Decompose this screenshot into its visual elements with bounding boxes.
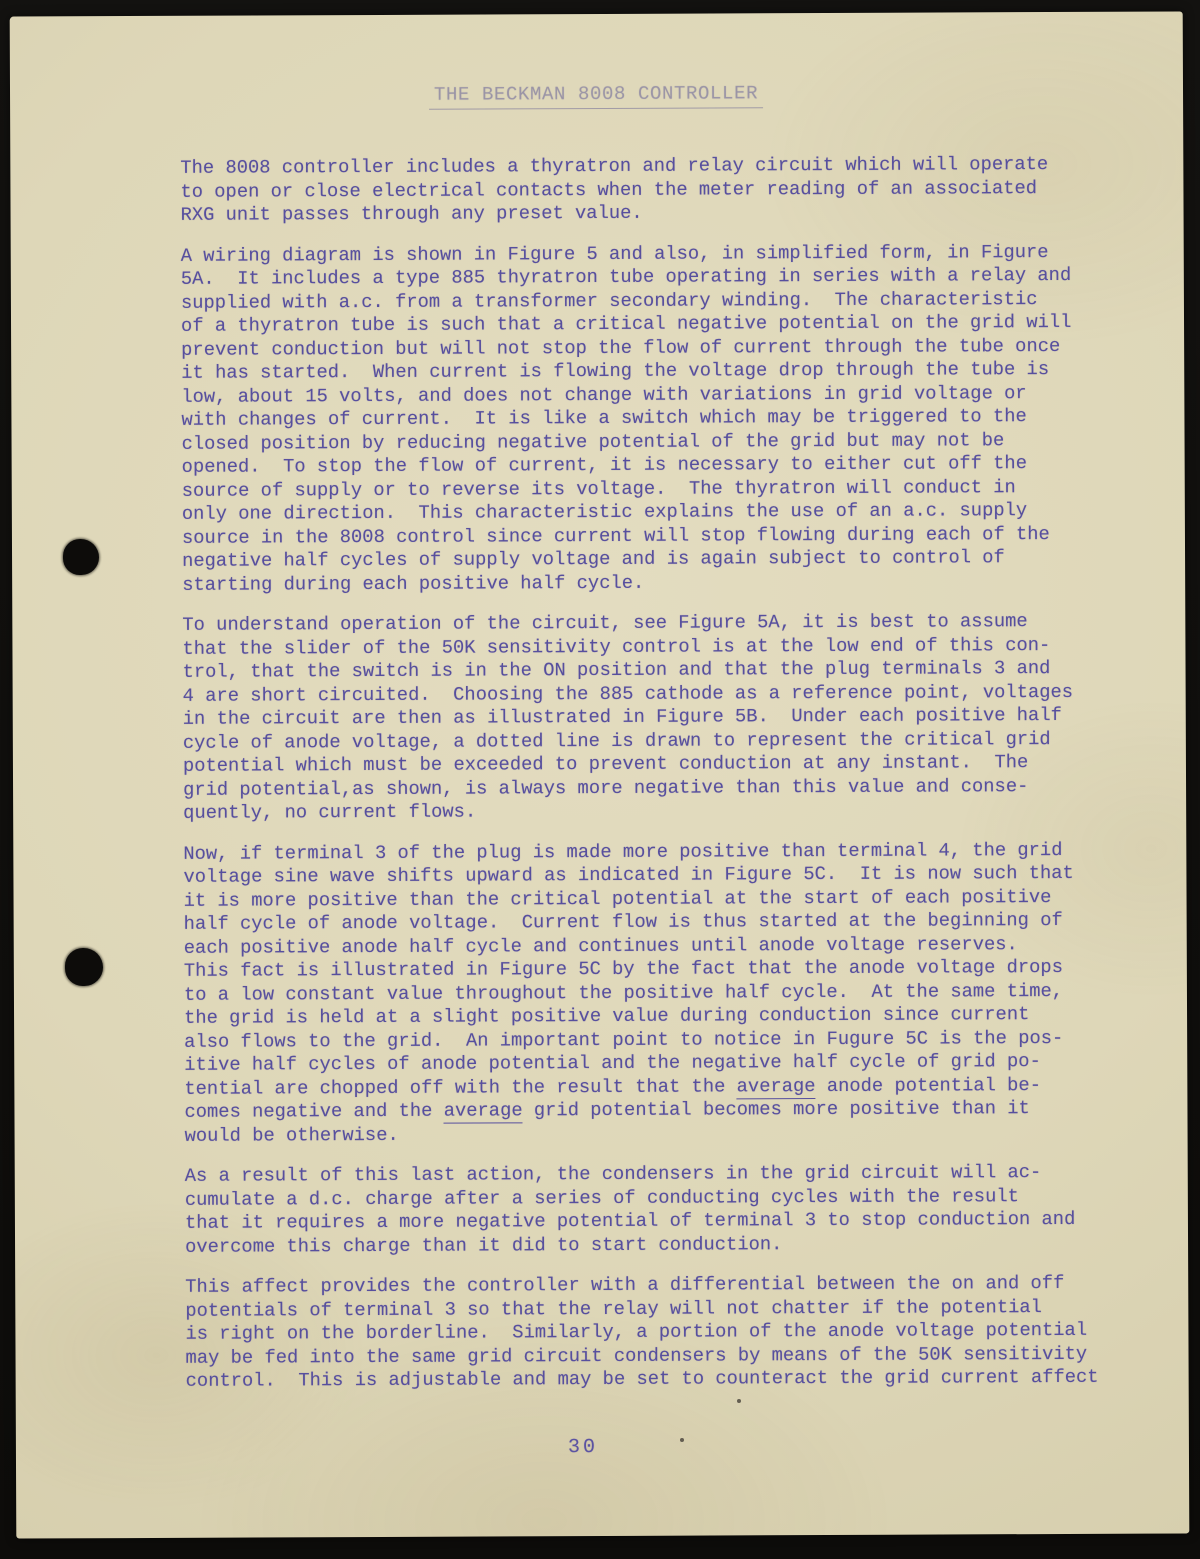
page-title: THE BECKMAN 8008 CONTROLLER [429, 83, 763, 109]
body-text: The 8008 controller includes a thyratron… [180, 153, 1135, 1411]
scan-background: THE BECKMAN 8008 CONTROLLER The 8008 con… [0, 0, 1200, 1559]
paragraph: Now, if terminal 3 of the plug is made m… [183, 838, 1134, 1148]
paragraph: This affect provides the controller with… [185, 1272, 1136, 1394]
page-number: 30 [568, 1436, 598, 1459]
paragraph: To understand operation of the circuit, … [182, 610, 1133, 826]
paragraph: A wiring diagram is shown in Figure 5 an… [181, 240, 1133, 597]
document-page: THE BECKMAN 8008 CONTROLLER The 8008 con… [10, 11, 1190, 1538]
paragraph: As a result of this last action, the con… [185, 1161, 1135, 1259]
paragraph: The 8008 controller includes a thyratron… [180, 153, 1130, 228]
